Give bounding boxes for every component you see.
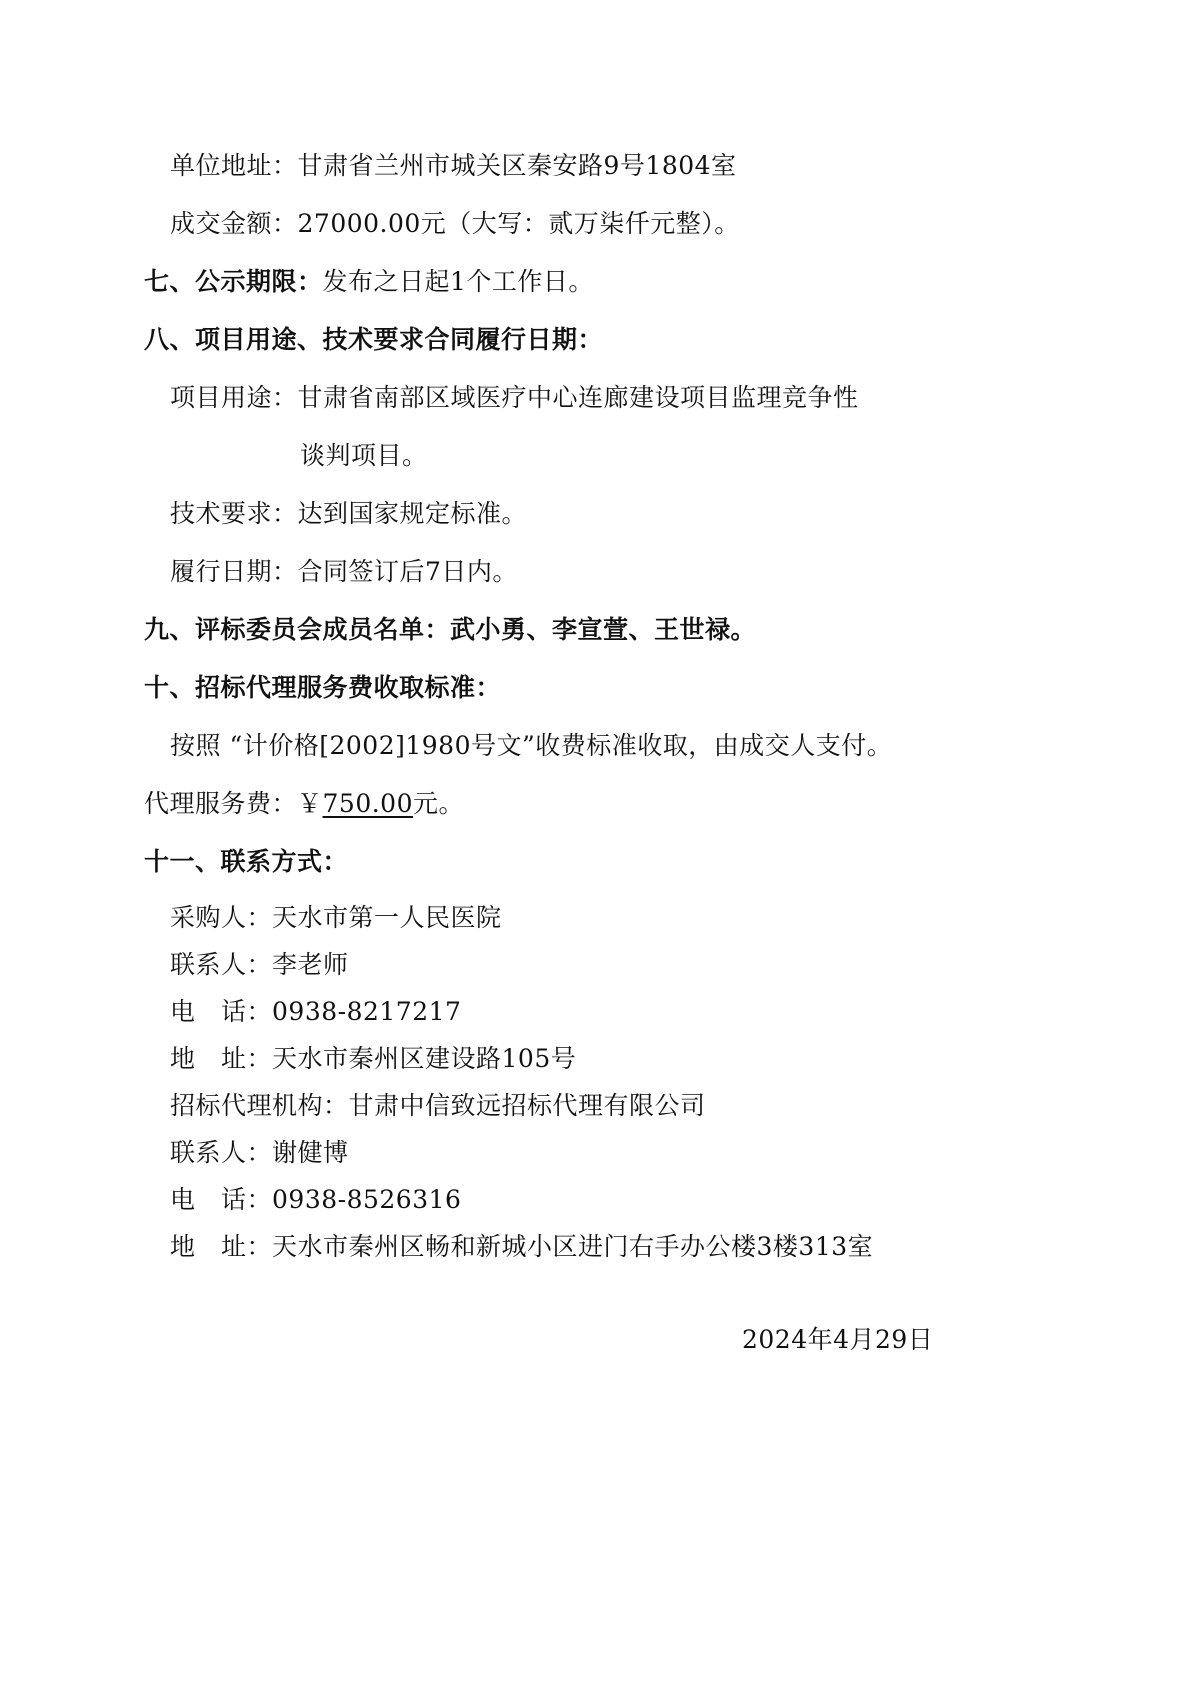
contact-label: 联系人：	[170, 950, 272, 979]
contact-value: 甘肃中信致远招标代理有限公司	[349, 1091, 706, 1120]
section-7-text: 发布之日起1个工作日。	[323, 267, 594, 296]
section-7-heading: 七、公示期限：	[144, 267, 323, 296]
section-7: 七、公示期限：发布之日起1个工作日。	[144, 266, 594, 298]
document-date: 2024年4月29日	[742, 1324, 933, 1356]
committee-members: 武小勇、李宣萱、王世禄。	[450, 615, 756, 644]
performance-date-label: 履行日期：	[170, 557, 298, 586]
contact-row: 联系人：谢健博	[170, 1137, 349, 1169]
unit-address-value: 甘肃省兰州市城关区秦安路9号1804室	[298, 151, 737, 180]
project-usage-value: 甘肃省南部区域医疗中心连廊建设项目监理竞争性	[298, 383, 859, 412]
contact-row: 招标代理机构：甘肃中信致远招标代理有限公司	[170, 1090, 706, 1122]
project-usage-line: 项目用途：甘肃省南部区域医疗中心连廊建设项目监理竞争性	[170, 382, 859, 414]
contact-label: 地 址：	[170, 1232, 272, 1261]
agency-fee-suffix: 元。	[413, 789, 464, 818]
project-usage-label: 项目用途：	[170, 383, 298, 412]
agency-fee-amount: 750.00	[323, 789, 413, 818]
contact-row: 联系人：李老师	[170, 949, 349, 981]
unit-address-label: 单位地址：	[170, 151, 298, 180]
contact-value: 0938-8526316	[272, 1185, 461, 1214]
contact-label: 电 话：	[170, 997, 272, 1026]
section-8-heading: 八、项目用途、技术要求合同履行日期：	[144, 324, 603, 356]
section-10-heading: 十、招标代理服务费收取标准：	[144, 672, 501, 704]
contact-value: 天水市秦州区畅和新城小区进门右手办公楼3楼313室	[272, 1232, 873, 1261]
contact-row: 地 址：天水市秦州区建设路105号	[170, 1043, 576, 1075]
contact-value: 天水市第一人民医院	[272, 903, 502, 932]
tech-requirement-label: 技术要求：	[170, 499, 298, 528]
deal-amount-value: 27000.00元（大写：贰万柒仟元整）。	[298, 209, 740, 238]
performance-date-line: 履行日期：合同签订后7日内。	[170, 556, 518, 588]
tech-requirement-line: 技术要求：达到国家规定标准。	[170, 498, 527, 530]
contact-row: 电 话：0938-8526316	[170, 1184, 461, 1216]
deal-amount-label: 成交金额：	[170, 209, 298, 238]
contact-label: 联系人：	[170, 1138, 272, 1167]
contact-value: 0938-8217217	[272, 997, 461, 1026]
section-9-heading: 九、评标委员会成员名单：	[144, 615, 450, 644]
performance-date-value: 合同签订后7日内。	[298, 557, 518, 586]
contact-value: 李老师	[272, 950, 349, 979]
contact-label: 电 话：	[170, 1185, 272, 1214]
deal-amount-line: 成交金额：27000.00元（大写：贰万柒仟元整）。	[170, 208, 740, 240]
section-11-heading: 十一、联系方式：	[144, 846, 348, 878]
contact-label: 采购人：	[170, 903, 272, 932]
contact-row: 电 话：0938-8217217	[170, 996, 461, 1028]
contact-row: 采购人：天水市第一人民医院	[170, 902, 502, 934]
agency-fee-line: 代理服务费：￥750.00元。	[144, 788, 464, 820]
contact-label: 招标代理机构：	[170, 1091, 349, 1120]
tech-requirement-value: 达到国家规定标准。	[298, 499, 528, 528]
contact-value: 谢健博	[272, 1138, 349, 1167]
section-9: 九、评标委员会成员名单：武小勇、李宣萱、王世禄。	[144, 614, 756, 646]
contact-label: 地 址：	[170, 1044, 272, 1073]
contact-value: 天水市秦州区建设路105号	[272, 1044, 576, 1073]
unit-address-line: 单位地址：甘肃省兰州市城关区秦安路9号1804室	[170, 150, 737, 182]
fee-standard-text: 按照 “计价格[2002]1980号文”收费标准收取，由成交人支付。	[170, 730, 892, 762]
project-usage-continuation: 谈判项目。	[300, 440, 428, 472]
agency-fee-label: 代理服务费：￥	[144, 789, 323, 818]
contact-row: 地 址：天水市秦州区畅和新城小区进门右手办公楼3楼313室	[170, 1231, 873, 1263]
